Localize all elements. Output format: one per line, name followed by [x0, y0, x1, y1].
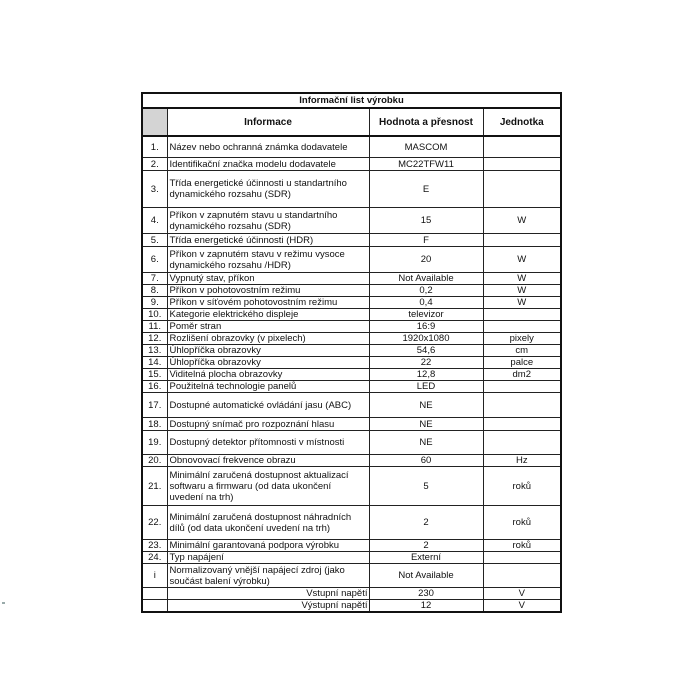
row-value: Not Available — [369, 564, 483, 588]
row-description: Rozlišení obrazovky (v pixelech) — [167, 333, 369, 345]
row-unit: cm — [483, 345, 561, 357]
table-row: 1.Název nebo ochranná známka dodavateleM… — [142, 136, 561, 158]
row-value: televizor — [369, 309, 483, 321]
row-description: Příkon v zapnutém stavu v režimu vysoce … — [167, 247, 369, 273]
row-value: 230 — [369, 588, 483, 600]
row-description: Třída energetické účinnosti (HDR) — [167, 234, 369, 247]
row-description: Vypnutý stav, příkon — [167, 273, 369, 285]
row-unit: roků — [483, 467, 561, 506]
row-description: Poměr stran — [167, 321, 369, 333]
row-description: Vstupní napětí — [167, 588, 369, 600]
table-row: iNormalizovaný vnější napájecí zdroj (ja… — [142, 564, 561, 588]
row-value: LED — [369, 381, 483, 393]
row-description: Minimální garantovaná podpora výrobku — [167, 540, 369, 552]
row-value: 1920x1080 — [369, 333, 483, 345]
row-number: 12. — [142, 333, 167, 345]
table-row: Výstupní napětí12V — [142, 600, 561, 613]
row-value: 5 — [369, 467, 483, 506]
row-value: Not Available — [369, 273, 483, 285]
row-value: 15 — [369, 208, 483, 234]
row-value: 54,6 — [369, 345, 483, 357]
row-value: 22 — [369, 357, 483, 369]
table-row: 13.Úhlopříčka obrazovky54,6cm — [142, 345, 561, 357]
row-number — [142, 600, 167, 613]
row-number: 19. — [142, 431, 167, 455]
row-description: Název nebo ochranná známka dodavatele — [167, 136, 369, 158]
stray-mark — [2, 602, 5, 604]
row-number: 9. — [142, 297, 167, 309]
row-number: 10. — [142, 309, 167, 321]
row-description: Příkon v zapnutém stavu u standartního d… — [167, 208, 369, 234]
row-unit — [483, 564, 561, 588]
row-description: Minimální zaručená dostupnost aktualizac… — [167, 467, 369, 506]
row-unit: W — [483, 247, 561, 273]
row-unit: palce — [483, 357, 561, 369]
table-row: 19.Dostupný detektor přítomnosti v místn… — [142, 431, 561, 455]
table-row: 14.Úhlopříčka obrazovky22palce — [142, 357, 561, 369]
row-number: 24. — [142, 552, 167, 564]
table-row: 21.Minimální zaručená dostupnost aktuali… — [142, 467, 561, 506]
row-unit: roků — [483, 540, 561, 552]
row-number: 22. — [142, 506, 167, 540]
row-value: 16:9 — [369, 321, 483, 333]
row-number: 23. — [142, 540, 167, 552]
row-unit — [483, 321, 561, 333]
row-unit — [483, 234, 561, 247]
table-row: 24.Typ napájeníExterní — [142, 552, 561, 564]
row-number: 3. — [142, 171, 167, 208]
row-description: Třída energetické účinnosti u standartní… — [167, 171, 369, 208]
header-unit: Jednotka — [483, 108, 561, 136]
row-value: 0,4 — [369, 297, 483, 309]
row-description: Dostupný snímač pro rozpoznání hlasu — [167, 418, 369, 431]
row-unit — [483, 309, 561, 321]
row-unit: W — [483, 285, 561, 297]
row-value: MC22TFW11 — [369, 158, 483, 171]
header-information: Informace — [167, 108, 369, 136]
table-row: 4.Příkon v zapnutém stavu u standartního… — [142, 208, 561, 234]
row-unit: pixely — [483, 333, 561, 345]
row-number: 16. — [142, 381, 167, 393]
product-info-table: Informační list výrobku Informace Hodnot… — [141, 92, 562, 613]
row-value: MASCOM — [369, 136, 483, 158]
table-row: 20.Obnovovací frekvence obrazu60Hz — [142, 455, 561, 467]
table-row: 6.Příkon v zapnutém stavu v režimu vysoc… — [142, 247, 561, 273]
row-value: 12 — [369, 600, 483, 613]
row-unit: W — [483, 208, 561, 234]
row-unit: W — [483, 297, 561, 309]
row-unit — [483, 158, 561, 171]
row-unit — [483, 381, 561, 393]
row-description: Příkon v síťovém pohotovostním režimu — [167, 297, 369, 309]
row-value: Externí — [369, 552, 483, 564]
row-value: 12,8 — [369, 369, 483, 381]
row-unit — [483, 418, 561, 431]
row-number: 5. — [142, 234, 167, 247]
row-description: Použitelná technologie panelů — [167, 381, 369, 393]
table-row: 23.Minimální garantovaná podpora výrobku… — [142, 540, 561, 552]
table-title: Informační list výrobku — [142, 93, 561, 108]
table-row: 17.Dostupné automatické ovládání jasu (A… — [142, 393, 561, 418]
row-number: 6. — [142, 247, 167, 273]
row-description: Příkon v pohotovostním režimu — [167, 285, 369, 297]
row-unit — [483, 393, 561, 418]
table-row: 9.Příkon v síťovém pohotovostním režimu0… — [142, 297, 561, 309]
row-value: 0,2 — [369, 285, 483, 297]
row-value: 2 — [369, 540, 483, 552]
row-value: NE — [369, 393, 483, 418]
row-number: 18. — [142, 418, 167, 431]
table-header-row: Informace Hodnota a přesnost Jednotka — [142, 108, 561, 136]
row-description: Normalizovaný vnější napájecí zdroj (jak… — [167, 564, 369, 588]
row-number: 13. — [142, 345, 167, 357]
row-unit — [483, 552, 561, 564]
row-number: 14. — [142, 357, 167, 369]
row-value: E — [369, 171, 483, 208]
row-unit: roků — [483, 506, 561, 540]
header-value: Hodnota a přesnost — [369, 108, 483, 136]
row-value: 2 — [369, 506, 483, 540]
row-number: 17. — [142, 393, 167, 418]
row-unit: W — [483, 273, 561, 285]
table-row: 2.Identifikační značka modelu dodavatele… — [142, 158, 561, 171]
table-row: 12.Rozlišení obrazovky (v pixelech)1920x… — [142, 333, 561, 345]
row-description: Kategorie elektrického displeje — [167, 309, 369, 321]
row-unit: V — [483, 588, 561, 600]
row-number: 15. — [142, 369, 167, 381]
row-number — [142, 588, 167, 600]
table-row: 11.Poměr stran16:9 — [142, 321, 561, 333]
table-row: 5.Třída energetické účinnosti (HDR)F — [142, 234, 561, 247]
header-number-cell — [142, 108, 167, 136]
row-number: 8. — [142, 285, 167, 297]
table-row: 7.Vypnutý stav, příkonNot AvailableW — [142, 273, 561, 285]
row-unit: dm2 — [483, 369, 561, 381]
row-number: 11. — [142, 321, 167, 333]
table-row: 22.Minimální zaručená dostupnost náhradn… — [142, 506, 561, 540]
row-description: Obnovovací frekvence obrazu — [167, 455, 369, 467]
row-number: 1. — [142, 136, 167, 158]
table-row: 3.Třída energetické účinnosti u standart… — [142, 171, 561, 208]
row-value: F — [369, 234, 483, 247]
table-row: 18.Dostupný snímač pro rozpoznání hlasuN… — [142, 418, 561, 431]
table-title-row: Informační list výrobku — [142, 93, 561, 108]
table-row: Vstupní napětí230V — [142, 588, 561, 600]
row-value: NE — [369, 431, 483, 455]
row-unit: V — [483, 600, 561, 613]
row-description: Dostupný detektor přítomnosti v místnost… — [167, 431, 369, 455]
table-row: 15.Viditelná plocha obrazovky12,8dm2 — [142, 369, 561, 381]
row-number: 2. — [142, 158, 167, 171]
row-description: Viditelná plocha obrazovky — [167, 369, 369, 381]
row-description: Úhlopříčka obrazovky — [167, 345, 369, 357]
table-row: 10.Kategorie elektrického displejetelevi… — [142, 309, 561, 321]
row-unit — [483, 171, 561, 208]
row-number: 20. — [142, 455, 167, 467]
row-number: i — [142, 564, 167, 588]
row-description: Typ napájení — [167, 552, 369, 564]
row-description: Identifikační značka modelu dodavatele — [167, 158, 369, 171]
row-unit — [483, 136, 561, 158]
table-row: 8.Příkon v pohotovostním režimu0,2W — [142, 285, 561, 297]
row-unit — [483, 431, 561, 455]
row-description: Minimální zaručená dostupnost náhradních… — [167, 506, 369, 540]
row-value: 60 — [369, 455, 483, 467]
row-description: Úhlopříčka obrazovky — [167, 357, 369, 369]
row-number: 7. — [142, 273, 167, 285]
table-row: 16.Použitelná technologie panelůLED — [142, 381, 561, 393]
row-description: Dostupné automatické ovládání jasu (ABC) — [167, 393, 369, 418]
product-information-sheet: Informační list výrobku Informace Hodnot… — [141, 92, 560, 613]
row-description: Výstupní napětí — [167, 600, 369, 613]
table-body: 1.Název nebo ochranná známka dodavateleM… — [142, 136, 561, 612]
row-unit: Hz — [483, 455, 561, 467]
row-number: 21. — [142, 467, 167, 506]
row-value: 20 — [369, 247, 483, 273]
row-number: 4. — [142, 208, 167, 234]
row-value: NE — [369, 418, 483, 431]
